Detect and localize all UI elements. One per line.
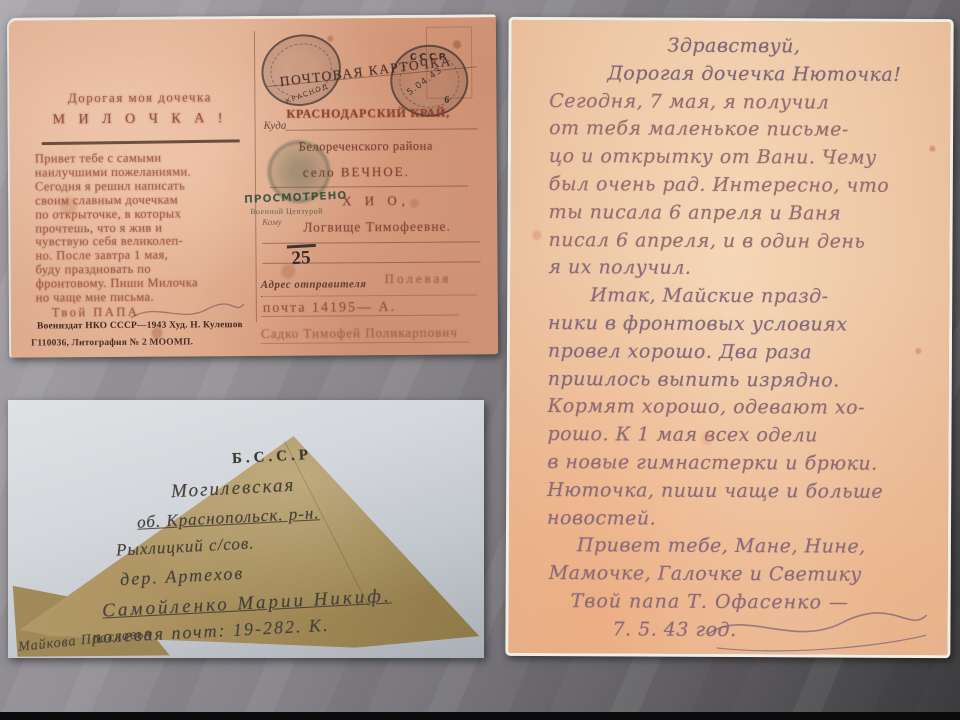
postcard-salutation-line1: Дорогая моя дочечка	[37, 89, 242, 106]
letter-line: Сегодня, 7 мая, я получил	[519, 87, 946, 117]
letter-line: ники в фронтовых условиях	[518, 310, 945, 340]
letter-line: Дорогая дочечка Нюточка!	[519, 60, 946, 90]
recipient-line-2: Логвище Тимофеевне.	[303, 219, 451, 236]
letter-line: в новые гимнастерки и брюки.	[517, 449, 944, 479]
recipient-rule-1	[262, 241, 480, 244]
postcard-imprint-line1: Воениздат НКО СССР—1943 Худ. Н. Кулешов	[37, 320, 243, 331]
postcard-photo: Дорогая моя дочечка М И Л О Ч К А ! Прив…	[7, 14, 498, 357]
postmark-left-text: КРАСНОД	[285, 82, 331, 105]
postmark-country-text: СССР	[410, 53, 448, 63]
sender-label: Адрес отправителя	[261, 278, 367, 291]
letter-line: был очень рад. Интересно, что	[519, 171, 946, 201]
letter-line: Мамочке, Галочке и Светику	[517, 560, 944, 590]
letter-line: Привет тебе, Мане, Нине,	[517, 532, 944, 562]
address-rule-1	[286, 128, 478, 130]
handwritten-letter-photo: Здравствуй,Дорогая дочечка Нюточка!Сегод…	[505, 17, 953, 658]
postmark-left-icon: КРАСНОД	[254, 26, 349, 115]
sender-rule-2	[261, 315, 459, 317]
triangle-letter-photo: Б.С.С.Р Могилевская об. Краснопольск. р-…	[8, 400, 484, 658]
recipient-line-1: Х И О,	[342, 193, 410, 209]
letter-line: Итак, Майские празд-	[518, 282, 945, 312]
recipient-rule-2	[263, 261, 481, 264]
letter-line: Кормят хорошо, одевают хо-	[518, 393, 945, 423]
letter-line: Нюточка, пиши чаще и больше	[517, 477, 944, 507]
address-line-1: КРАСНОДАРСКИЙ КРАЙ,	[286, 106, 450, 122]
sender-rule-3	[261, 341, 469, 343]
letter-line: от тебя маленькое письме-	[519, 115, 946, 145]
kuda-label: Куда	[264, 120, 287, 132]
postcard-body-text: Привет тебе с самыминаилучшими пожелания…	[35, 151, 258, 320]
letter-text: Здравствуй,Дорогая дочечка Нюточка!Сегод…	[516, 32, 946, 646]
letter-line: провел хорошо. Два раза	[518, 338, 945, 368]
censor-stamp-line1: ПРОСМОТРЕНО	[244, 190, 348, 206]
postcard-body-line: по открыточке, в которых	[35, 207, 257, 222]
postmark-date-text: 5.04.43	[405, 65, 444, 98]
sender-dotted-rule	[261, 294, 477, 297]
letter-signature-flourish	[704, 604, 929, 658]
postmark-number-text: 6	[444, 95, 449, 106]
postcard-salutation-line2: М И Л О Ч К А !	[37, 111, 242, 128]
slide: Дорогая моя дочечка М И Л О Ч К А ! Прив…	[0, 0, 960, 720]
censor-number-stamp: 25	[287, 244, 317, 271]
komu-label: Кому	[262, 217, 282, 227]
letter-line: ты писала 6 апреля и Ваня	[519, 199, 946, 229]
letter-line: новостей.	[517, 504, 944, 534]
letter-line: писал 6 апреля, и в один день	[518, 226, 945, 256]
bottom-black-bar	[0, 712, 960, 720]
censor-stamp-line2: Военной Цензурой	[250, 207, 323, 217]
postcard-rule	[42, 139, 240, 145]
letter-line: рошо. К 1 мая всех одели	[517, 421, 944, 451]
letter-line: я их получил.	[518, 254, 945, 284]
postcard-imprint-line2: Г110036, Литография № 2 МООМП.	[31, 337, 193, 348]
letter-line: пришлось выпить изрядно.	[518, 365, 945, 395]
sender-line-3: Садко Тимофей Поликарпович	[261, 325, 458, 342]
sender-line-1: Полевая	[385, 271, 452, 287]
letter-line: Здравствуй,	[519, 32, 946, 62]
letter-line: цо и открытку от Вани. Чему	[519, 143, 946, 173]
